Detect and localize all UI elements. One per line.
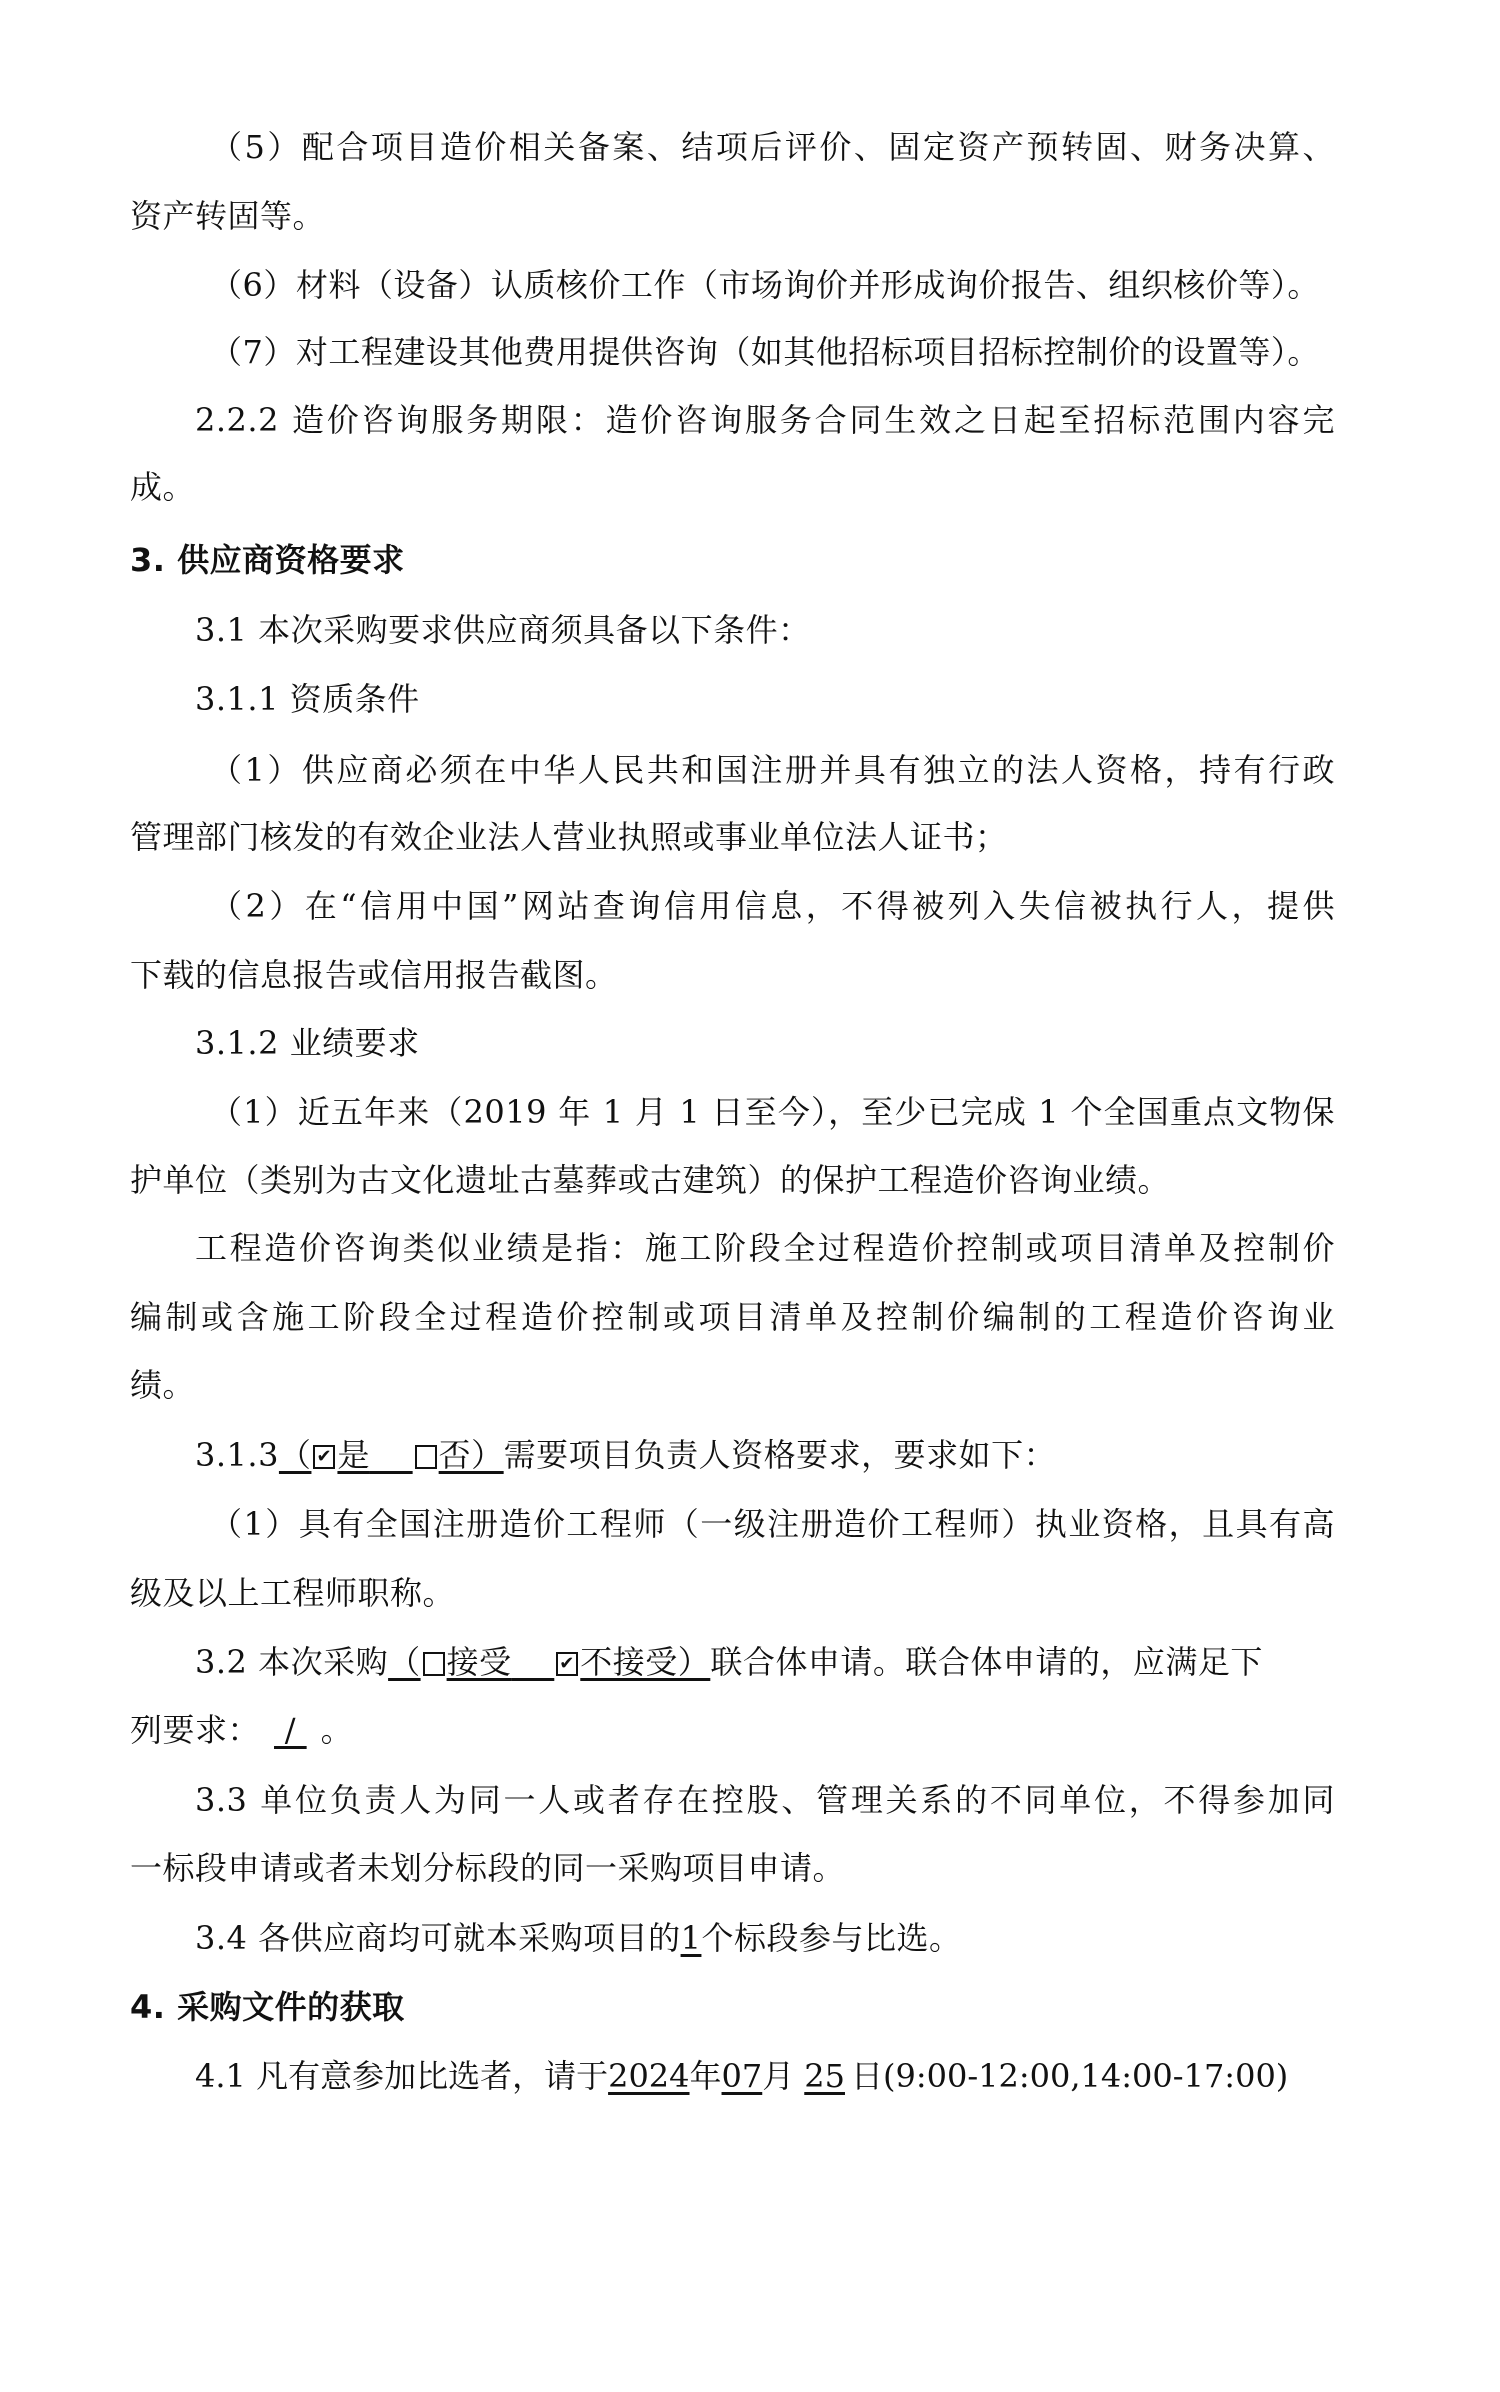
item-5-line2: 资产转固等。 [130, 196, 1335, 236]
clause-3-1-3: 3.1.3（是 否）需要项目负责人资格要求，要求如下： [195, 1435, 1335, 1475]
consortium-requirements-blank: / [260, 1711, 321, 1749]
qual-1-line1: （1）供应商必须在中华人民共和国注册并具有独立的法人资格，持有行政 [210, 750, 1335, 790]
office-hours: (9:00-12:00,14:00-17:00) [883, 2057, 1288, 2095]
item-6: （6）材料（设备）认质核价工作（市场询价并形成询价报告、组织核价等）。 [210, 265, 1335, 305]
section-3-heading: 3. 供应商资格要求 [130, 540, 1335, 580]
checkbox-no-icon[interactable] [415, 1445, 437, 1469]
manager-req-1-line2: 级及以上工程师职称。 [130, 1573, 1335, 1613]
section-4-heading: 4. 采购文件的获取 [130, 1987, 1335, 2027]
manager-req-1-line1: （1）具有全国注册造价工程师（一级注册造价工程师）执业资格，且具有高 [210, 1504, 1335, 1544]
item-5-line1: （5）配合项目造价相关备案、结项后评价、固定资产预转固、财务决算、 [210, 127, 1335, 167]
clause-4-1: 4.1 凡有意参加比选者，请于2024年07月25日(9:00-12:00,14… [195, 2056, 1335, 2096]
clause-3-2: 3.2 本次采购（接受 不接受）联合体申请。联合体申请的，应满足下 [195, 1642, 1335, 1682]
checkbox-accept-icon[interactable] [423, 1652, 445, 1676]
clause-3-1: 3.1 本次采购要求供应商须具备以下条件： [195, 610, 1335, 650]
checkbox-yes-icon[interactable] [313, 1445, 335, 1469]
qual-1-line2: 管理部门核发的有效企业法人营业执照或事业单位法人证书； [130, 817, 1335, 857]
clause-3-1-3-number: 3.1.3 [195, 1436, 279, 1474]
option-yes-label: 是 [337, 1436, 370, 1474]
clause-3-3-line2: 一标段申请或者未划分标段的同一采购项目申请。 [130, 1848, 1335, 1888]
item-7: （7）对工程建设其他费用提供咨询（如其他招标项目招标控制价的设置等）。 [210, 332, 1335, 372]
date-year: 2024 [608, 2057, 689, 2095]
option-accept-label: 接受 [447, 1643, 512, 1681]
clause-2-2-2-line2: 成。 [130, 467, 1335, 507]
date-month: 07 [722, 2057, 763, 2095]
date-day: 25 [794, 2057, 845, 2095]
option-reject-label: 不接受） [580, 1643, 710, 1681]
perf-1-line1: （1）近五年来（2019 年 1 月 1 日至今），至少已完成 1 个全国重点文… [210, 1092, 1335, 1132]
clause-3-4: 3.4 各供应商均可就本采购项目的1个标段参与比选。 [195, 1918, 1335, 1958]
option-no-label: 否） [439, 1436, 504, 1474]
qual-2-line1: （2）在“信用中国”网站查询信用信息，不得被列入失信被执行人，提供 [210, 886, 1335, 926]
checkbox-reject-icon[interactable] [556, 1652, 578, 1676]
manager-required-options: （是 否） [279, 1436, 504, 1474]
consortium-options: （接受 不接受） [388, 1643, 710, 1681]
similar-perf-line1: 工程造价咨询类似业绩是指：施工阶段全过程造价控制或项目清单及控制价 [195, 1228, 1335, 1268]
similar-perf-line3: 绩。 [130, 1365, 1335, 1405]
lot-count: 1 [681, 1919, 702, 1957]
similar-perf-line2: 编制或含施工阶段全过程造价控制或项目清单及控制价编制的工程造价咨询业 [130, 1297, 1335, 1337]
clause-3-1-1: 3.1.1 资质条件 [195, 679, 1335, 719]
clause-3-1-2: 3.1.2 业绩要求 [195, 1023, 1335, 1063]
qual-2-line2: 下载的信息报告或信用报告截图。 [130, 955, 1335, 995]
clause-3-2-line2: 列要求： / 。 [130, 1710, 1335, 1750]
clause-2-2-2-line1: 2.2.2 造价咨询服务期限：造价咨询服务合同生效之日起至招标范围内容完 [195, 400, 1335, 440]
perf-1-line2: 护单位（类别为古文化遗址古墓葬或古建筑）的保护工程造价咨询业绩。 [130, 1160, 1335, 1200]
document-page: （5）配合项目造价相关备案、结项后评价、固定资产预转固、财务决算、 资产转固等。… [0, 0, 1500, 2392]
clause-3-3-line1: 3.3 单位负责人为同一人或者存在控股、管理关系的不同单位，不得参加同 [195, 1780, 1335, 1820]
